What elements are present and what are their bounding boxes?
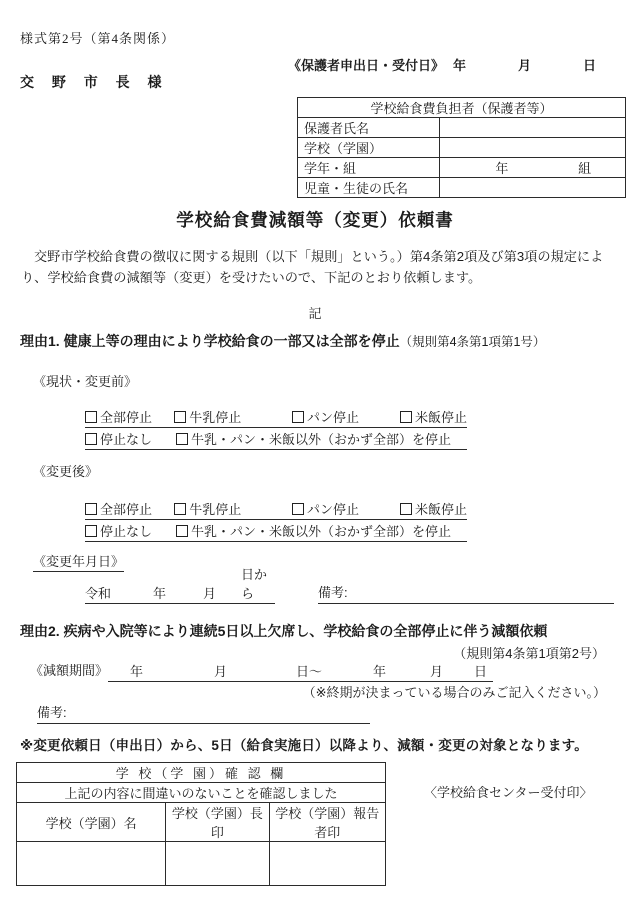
grade-class-label: 学年・組 — [298, 158, 440, 178]
option-label: 全部停止 — [100, 499, 152, 518]
form-page: 様式第2号（第4条関係） 《保護者申出日・受付日》 年 月 日 交 野 市 長 … — [0, 0, 630, 903]
month-label: 月 — [430, 661, 443, 680]
year-label: 年 — [373, 661, 386, 680]
option-stop-milk[interactable]: 牛乳停止 — [174, 407, 292, 426]
option-stop-bread[interactable]: パン停止 — [292, 407, 400, 426]
addressee: 交 野 市 長 様 — [20, 72, 169, 92]
option-label: 米飯停止 — [415, 407, 467, 426]
option-no-stop[interactable]: 停止なし — [85, 521, 176, 540]
change-date-label: 《変更年月日》 — [33, 551, 124, 572]
checkbox-icon[interactable] — [400, 503, 412, 515]
checkbox-icon[interactable] — [85, 433, 97, 445]
month-label: 月 — [518, 55, 531, 74]
day-to-label: 日～ — [296, 661, 322, 680]
table-row — [17, 842, 386, 886]
current-options-group: 全部停止 牛乳停止 パン停止 米飯停止 停止なし 牛乳・パン・米飯以外（おかず全… — [85, 406, 467, 450]
confirm-table-header: 学 校（学 園）確 認 欄 — [17, 763, 386, 783]
day-label: 日 — [583, 55, 596, 74]
checkbox-icon[interactable] — [85, 411, 97, 423]
school-field[interactable] — [440, 138, 626, 158]
student-name-field[interactable] — [440, 178, 626, 198]
reporter-seal-column-header: 学校（学園）報告者印 — [269, 803, 385, 842]
year-label: 年 — [453, 55, 466, 74]
year-label: 年 — [153, 583, 166, 602]
day-label: 日 — [474, 661, 487, 680]
lunch-center-stamp-label: 〈学校給食センター受付印〉 — [424, 782, 592, 801]
day-from-label: 日から — [241, 564, 275, 602]
reason1-biko-field[interactable]: 備考: — [318, 583, 614, 604]
reason2-heading: 理由2. 疾病や入院等により連続5日以上欠席し、学校給食の全部停止に伴う減額依頼 — [20, 621, 547, 641]
option-stop-bread[interactable]: パン停止 — [292, 499, 400, 518]
current-options-row1: 全部停止 牛乳停止 パン停止 米飯停止 — [85, 406, 467, 428]
change-date-field[interactable]: 令和 年 月 日から — [85, 583, 275, 604]
reduction-period-line: 《減額期間》 年 月 日～ 年 月 日 — [30, 661, 493, 682]
checkbox-icon[interactable] — [174, 411, 186, 423]
current-options-row2: 停止なし 牛乳・パン・米飯以外（おかず全部）を停止 — [85, 428, 467, 450]
school-name-field[interactable] — [17, 842, 166, 886]
intro-paragraph: 交野市学校給食費の徴収に関する規則（以下「規則」という。）第4条第2項及び第3項… — [21, 247, 609, 289]
guardian-name-label: 保護者氏名 — [298, 118, 440, 138]
grade-class-suffix-label: 組 — [578, 158, 591, 177]
current-state-label: 《現状・変更前》 — [33, 371, 137, 390]
option-label: 停止なし — [100, 521, 152, 540]
checkbox-icon[interactable] — [85, 503, 97, 515]
school-label: 学校（学園） — [298, 138, 440, 158]
year-label: 年 — [130, 661, 143, 680]
option-stop-all[interactable]: 全部停止 — [85, 499, 174, 518]
checkbox-icon[interactable] — [174, 503, 186, 515]
month-label: 月 — [214, 661, 227, 680]
guardian-date-line: 《保護者申出日・受付日》 年 月 日 — [288, 55, 618, 73]
checkbox-icon[interactable] — [176, 525, 188, 537]
option-label: 停止なし — [100, 429, 152, 448]
period-end-note: （※終期が決まっている場合のみご記入ください。） — [0, 682, 606, 701]
grade-year-label: 年 — [495, 158, 508, 177]
ki-label: 記 — [0, 303, 630, 322]
after-change-label: 《変更後》 — [33, 461, 98, 480]
reason2-heading-text: 理由2. 疾病や入院等により連続5日以上欠席し、学校給食の全部停止に伴う減額依頼 — [20, 623, 547, 639]
school-confirm-table: 学 校（学 園）確 認 欄 上記の内容に間違いのないことを確認しました 学校（学… — [16, 762, 386, 886]
biko-label: 備考: — [37, 705, 67, 720]
option-stop-okazu[interactable]: 牛乳・パン・米飯以外（おかず全部）を停止 — [176, 521, 451, 540]
table-row: 保護者氏名 — [298, 118, 626, 138]
table-row: 児童・生徒の氏名 — [298, 178, 626, 198]
page-title: 学校給食費減額等（変更）依頼書 — [0, 207, 630, 232]
reason1-heading: 理由1. 健康上等の理由により学校給食の一部又は全部を停止（規則第4条第1項第1… — [20, 331, 545, 351]
guardian-name-field[interactable] — [440, 118, 626, 138]
table-row: 学校（学園） — [298, 138, 626, 158]
checkbox-icon[interactable] — [400, 411, 412, 423]
after-options-group: 全部停止 牛乳停止 パン停止 米飯停止 停止なし 牛乳・パン・米飯以外（おかず全… — [85, 498, 467, 542]
payer-table-header: 学校給食費負担者（保護者等） — [298, 98, 626, 118]
reason2-biko-field[interactable]: 備考: — [37, 703, 370, 724]
option-stop-milk[interactable]: 牛乳停止 — [174, 499, 292, 518]
principal-seal-column-header: 学校（学園）長印 — [166, 803, 269, 842]
reduction-period-label: 《減額期間》 — [30, 661, 108, 682]
option-label: 牛乳停止 — [189, 499, 241, 518]
option-stop-okazu[interactable]: 牛乳・パン・米飯以外（おかず全部）を停止 — [176, 429, 451, 448]
option-label: 牛乳停止 — [189, 407, 241, 426]
form-number: 様式第2号（第4条関係） — [20, 28, 175, 47]
option-label: 全部停止 — [100, 407, 152, 426]
option-stop-all[interactable]: 全部停止 — [85, 407, 174, 426]
table-row: 学年・組 年 組 — [298, 158, 626, 178]
after-options-row1: 全部停止 牛乳停止 パン停止 米飯停止 — [85, 498, 467, 520]
reporter-seal-field[interactable] — [269, 842, 385, 886]
deadline-notice: ※変更依頼日（申出日）から、5日（給食実施日）以降より、減額・変更の対象となりま… — [20, 734, 588, 754]
option-label: 牛乳・パン・米飯以外（おかず全部）を停止 — [191, 429, 451, 448]
checkbox-icon[interactable] — [85, 525, 97, 537]
option-label: パン停止 — [307, 499, 359, 518]
option-label: パン停止 — [307, 407, 359, 426]
checkbox-icon[interactable] — [176, 433, 188, 445]
reason1-heading-text: 理由1. 健康上等の理由により学校給食の一部又は全部を停止 — [20, 333, 400, 349]
grade-class-field[interactable]: 年 組 — [440, 158, 626, 178]
era-label: 令和 — [85, 583, 111, 602]
change-date-line: 令和 年 月 日から 備考: — [85, 583, 614, 604]
biko-label: 備考: — [318, 585, 348, 600]
checkbox-icon[interactable] — [292, 411, 304, 423]
guardian-date-label: 《保護者申出日・受付日》 — [288, 55, 444, 74]
student-name-label: 児童・生徒の氏名 — [298, 178, 440, 198]
reason1-rule-note: （規則第4条第1項第1号） — [400, 335, 546, 349]
option-label: 米飯停止 — [415, 499, 467, 518]
option-no-stop[interactable]: 停止なし — [85, 429, 176, 448]
confirm-statement: 上記の内容に間違いのないことを確認しました — [17, 783, 386, 803]
school-name-column-header: 学校（学園）名 — [17, 803, 166, 842]
reduction-period-field[interactable]: 年 月 日～ 年 月 日 — [108, 661, 493, 682]
option-stop-rice[interactable]: 米飯停止 — [400, 407, 467, 426]
checkbox-icon[interactable] — [292, 503, 304, 515]
payer-table: 学校給食費負担者（保護者等） 保護者氏名 学校（学園） 学年・組 年 組 児童・… — [297, 97, 626, 198]
option-stop-rice[interactable]: 米飯停止 — [400, 499, 467, 518]
option-label: 牛乳・パン・米飯以外（おかず全部）を停止 — [191, 521, 451, 540]
after-options-row2: 停止なし 牛乳・パン・米飯以外（おかず全部）を停止 — [85, 520, 467, 542]
reason2-rule-note: （規則第4条第1項第2号） — [0, 643, 605, 662]
principal-seal-field[interactable] — [166, 842, 269, 886]
table-row: 学校（学園）名 学校（学園）長印 学校（学園）報告者印 — [17, 803, 386, 842]
month-label: 月 — [203, 583, 216, 602]
